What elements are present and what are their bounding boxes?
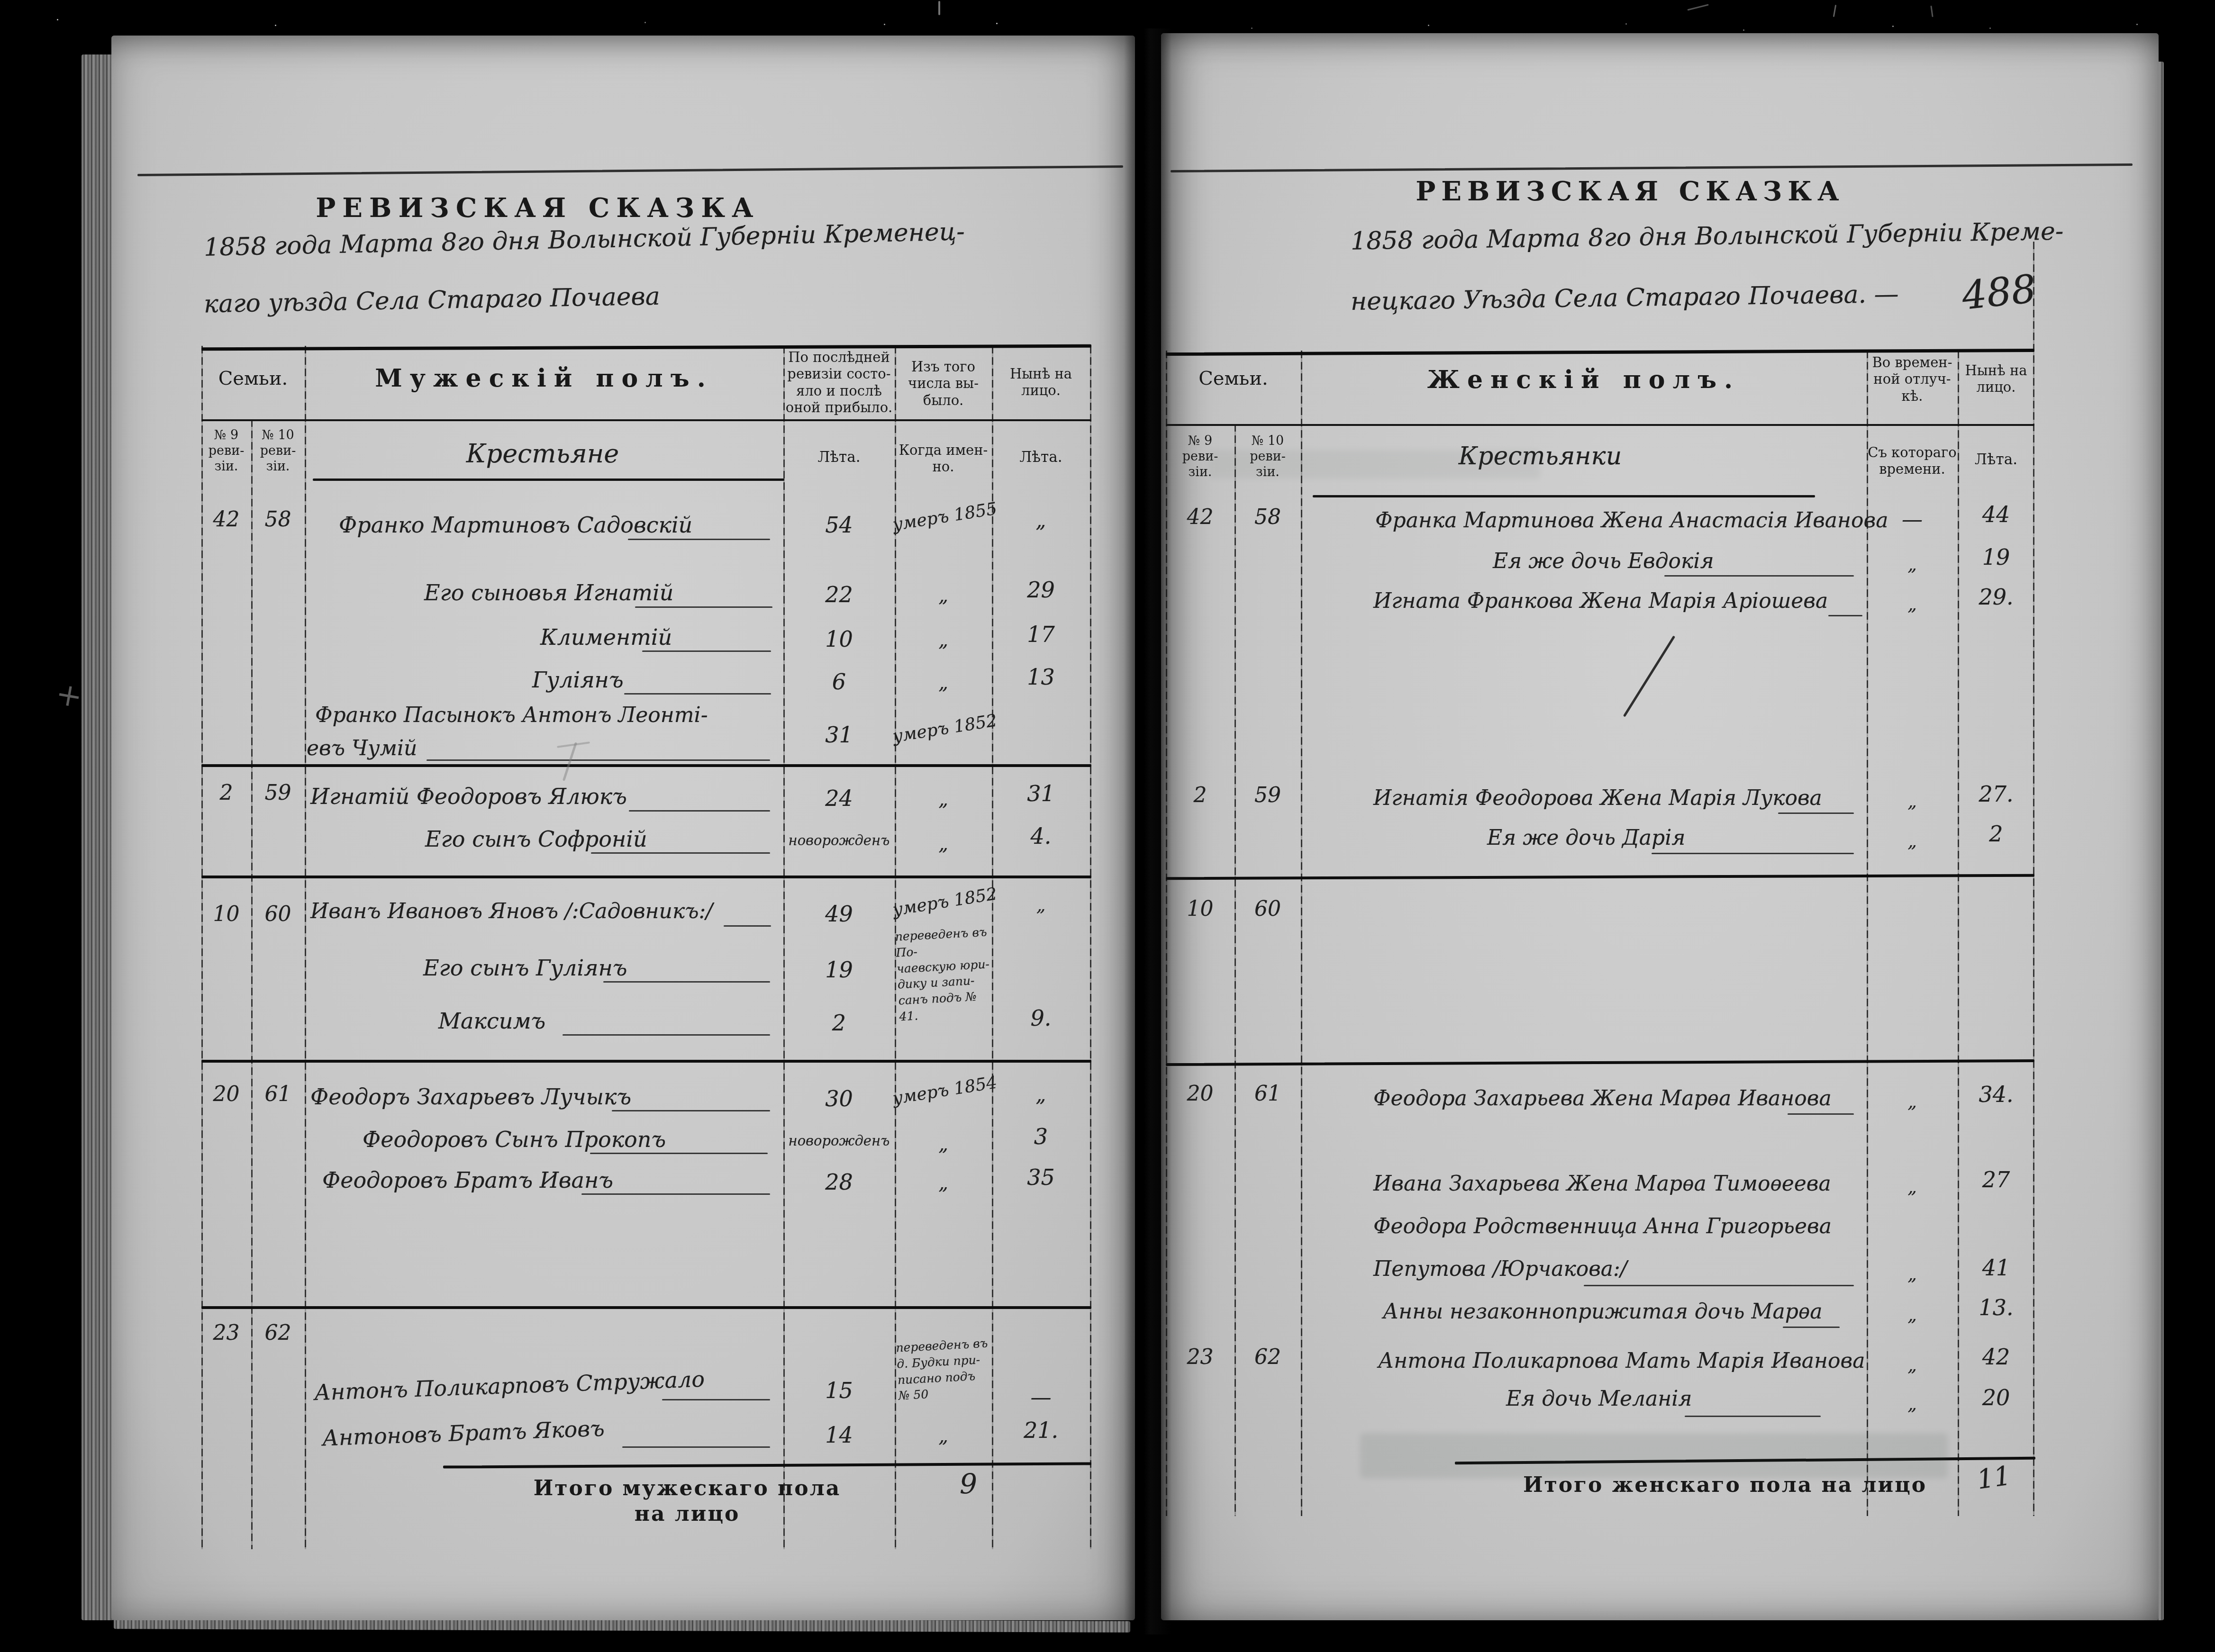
age-now: „	[992, 508, 1090, 533]
rule	[1171, 163, 2133, 172]
family-no-10th: 61	[1235, 1081, 1301, 1107]
age-now: „	[992, 894, 1090, 916]
age-now: 35	[992, 1164, 1090, 1191]
person-name: Франка Мартинова Жена Анастасія Иванова	[1375, 508, 1888, 533]
age-now: —	[992, 1385, 1090, 1410]
total-rule	[443, 1462, 1091, 1468]
age-now: 34.	[1958, 1081, 2034, 1108]
rule	[642, 650, 771, 652]
person-name: Феодоръ Захарьевъ Лучыкъ	[310, 1083, 631, 1110]
rule	[724, 925, 771, 927]
away-mark: „	[1867, 1091, 1958, 1112]
away-mark: „	[1867, 1354, 1958, 1376]
age-now: 27.	[1958, 781, 2034, 807]
person-name: Игнатія Феодорова Жена Марія Лукова	[1373, 785, 1822, 811]
person-name: Антона Поликарпова Мать Марія Иванова	[1378, 1348, 1865, 1374]
age-now: 19	[1958, 544, 2034, 570]
family-no-9th: 42	[201, 507, 251, 533]
ink-slash-mark	[1623, 635, 1675, 717]
family-no-10th: 61	[251, 1082, 305, 1107]
person-name: Его сынъ Софроній	[425, 826, 647, 852]
col-header-away: Во времен- ной отлуч- кѣ.	[1867, 354, 1958, 405]
age-now: 29	[992, 577, 1090, 603]
family-no-9th: 23	[201, 1320, 251, 1346]
col-header-years: Лѣта.	[1958, 451, 2034, 469]
col-header-family: Семьи.	[201, 367, 305, 390]
age-now: „	[992, 1083, 1090, 1107]
family-divider	[201, 876, 1091, 878]
age-previous: новорожденъ	[783, 1133, 895, 1149]
age-now: 2	[1958, 821, 2034, 847]
family-no-10th: 59	[1235, 783, 1301, 808]
age-now: 29.	[1958, 584, 2034, 610]
away-mark: „	[1867, 553, 1958, 575]
age-now: 13	[992, 664, 1090, 690]
dust-specks	[57, 19, 58, 20]
rule	[1685, 1416, 1821, 1417]
film-scratch	[1930, 6, 1933, 17]
person-name-continued: евъ Чумій	[307, 736, 417, 761]
rule	[2033, 242, 2034, 1516]
family-no-9th: 20	[201, 1082, 251, 1107]
ink-bleedthrough	[1360, 1433, 1948, 1478]
person-name: Ея же дочь Евдокія	[1493, 549, 1714, 574]
person-name: Феодора Родственница Анна Григорьева	[1373, 1214, 1832, 1239]
rule	[1828, 615, 1862, 616]
scanned-book-spread: РЕВИЗСКАЯ СКАЗКА 1858 года Марта 8го дня…	[0, 0, 2215, 1652]
rule	[624, 693, 771, 695]
col-header-when: Когда имен- но.	[895, 442, 992, 476]
person-name: Франко Мартиновъ Садовскій	[339, 512, 692, 538]
age-now: 21.	[992, 1417, 1090, 1444]
age-now: 27	[1958, 1166, 2034, 1193]
age-now: 9.	[992, 1005, 1090, 1031]
date-line: 1858 года Марта 8го дня Волынской Губерн…	[1351, 217, 2064, 257]
person-name: Игнатій Феодоровъ Ялюкъ	[310, 783, 627, 810]
person-name: Феодора Захарьева Жена Марѳа Иванова	[1373, 1086, 1832, 1111]
age-previous: 24	[783, 785, 895, 812]
page-title: РЕВИЗСКАЯ СКАЗКА	[1370, 175, 1891, 208]
rule	[662, 1399, 770, 1400]
departure-note: „	[895, 629, 992, 652]
departure-note: „	[895, 832, 992, 856]
rule	[1090, 346, 1091, 1549]
place-line: нецкаго Уѣзда Села Стараго Почаева. —	[1351, 280, 1899, 317]
departure-note: „	[895, 788, 992, 811]
rule	[1652, 853, 1854, 854]
departure-note: „	[895, 584, 992, 607]
transfer-note: переведенъ въ д. Будки при- писано подъ …	[896, 1335, 999, 1404]
rule	[251, 419, 253, 1549]
pencil-plus-mark: +	[53, 675, 85, 717]
rule	[1778, 812, 1854, 814]
family-no-10th: 58	[1235, 505, 1301, 530]
col-header-since: Съ котораго времени.	[1867, 444, 1958, 478]
family-no-10th: 60	[1235, 896, 1301, 922]
family-divider	[1166, 1059, 2034, 1066]
age-previous: 6	[783, 668, 895, 695]
transfer-note: переведенъ въ По- чаевскую юри- дику и з…	[895, 924, 1000, 1025]
away-mark: „	[1867, 1263, 1958, 1285]
person-name: Ея же дочь Дарія	[1487, 825, 1685, 851]
family-divider	[201, 764, 1091, 767]
age-previous: 19	[783, 957, 895, 983]
away-mark: „	[1867, 1176, 1958, 1198]
folio-page-number: 488	[1960, 265, 2038, 320]
family-no-9th: 23	[1166, 1345, 1235, 1370]
family-no-10th: 59	[251, 780, 305, 806]
person-name: Феодоровъ Сынъ Прокопъ	[363, 1126, 666, 1153]
age-now: 17	[992, 621, 1090, 648]
page-title: РЕВИЗСКАЯ СКАЗКА	[277, 192, 799, 224]
right-page: РЕВИЗСКАЯ СКАЗКА 1858 года Марта 8го дня…	[1161, 33, 2159, 1620]
person-name: Его сыновья Игнатій	[424, 579, 673, 606]
pencil-mark	[563, 742, 577, 781]
departure-note: „	[895, 1425, 992, 1448]
person-name: Ивана Захарьева Жена Марѳа Тимоѳеева	[1373, 1171, 1831, 1197]
person-name: Игната Франкова Жена Марія Аріошева	[1373, 588, 1828, 614]
film-scratch	[1687, 4, 1708, 10]
age-previous: 14	[783, 1422, 895, 1448]
departure-note: умеръ 1854	[891, 1073, 995, 1109]
rule	[581, 1193, 770, 1195]
person-name: Анны незаконноприжитая дочь Марѳа	[1383, 1299, 1823, 1325]
total-value: 9	[960, 1467, 977, 1501]
rule	[1584, 1285, 1854, 1286]
age-now: 42	[1958, 1344, 2034, 1370]
rule	[1788, 1113, 1854, 1115]
film-scratch	[1833, 5, 1836, 17]
person-name: Феодоровъ Братъ Иванъ	[322, 1167, 613, 1193]
age-previous: 30	[783, 1085, 895, 1112]
away-mark: „	[1867, 790, 1958, 812]
age-now: 41	[1958, 1255, 2034, 1281]
rule	[427, 759, 770, 761]
person-name: Франко Пасынокъ Антонъ Леонті-	[315, 703, 708, 728]
family-no-10th: 62	[1235, 1345, 1301, 1370]
rule	[1301, 351, 1302, 1516]
rule	[201, 344, 1091, 351]
rule	[1664, 575, 1854, 577]
person-name: Его сынъ Гуліянъ	[423, 955, 627, 981]
col-header-present: Нынѣ на лицо.	[992, 366, 1090, 399]
person-name: Иванъ Ивановъ Яновъ /:Садовникъ:/	[310, 899, 713, 924]
person-name: Максимъ	[438, 1008, 545, 1034]
age-now: 44	[1958, 501, 2034, 528]
age-now: 3	[992, 1123, 1090, 1150]
person-name: Гуліянъ	[532, 667, 624, 693]
left-page: РЕВИЗСКАЯ СКАЗКА 1858 года Марта 8го дня…	[111, 36, 1135, 1620]
family-no-9th: 10	[201, 902, 251, 927]
family-no-9th: 20	[1166, 1081, 1235, 1107]
away-mark: „	[1867, 1304, 1958, 1326]
col-header-years: Лѣта.	[992, 449, 1090, 467]
person-name-continued: Пепутова /Юрчакова:/	[1373, 1256, 1627, 1282]
family-divider	[1166, 874, 2034, 880]
col-header-9th-revision: № 9 реви- зіи.	[201, 428, 251, 475]
col-header-sex: Мужескій полъ.	[305, 363, 783, 393]
person-name: Антонъ Поликарповъ Стружало	[314, 1366, 705, 1406]
ink-bleedthrough	[1208, 450, 1540, 478]
rule	[622, 1446, 770, 1448]
rule	[590, 1153, 768, 1154]
rule	[1166, 424, 2034, 426]
family-no-10th: 58	[251, 507, 305, 533]
rule	[305, 346, 306, 1549]
rule	[629, 810, 770, 812]
rule	[137, 165, 1123, 176]
rule	[628, 539, 770, 540]
rule	[603, 981, 770, 983]
departure-note: „	[895, 1133, 992, 1156]
age-previous: 22	[783, 581, 895, 608]
age-now: 13.	[1958, 1294, 2034, 1321]
col-header-family: Семьи.	[1166, 367, 1301, 390]
age-now: 20	[1958, 1384, 2034, 1411]
departure-note: „	[895, 671, 992, 695]
rule	[635, 606, 772, 608]
departure-note: умеръ 1855	[891, 499, 995, 535]
family-no-9th: 10	[1166, 896, 1235, 922]
family-no-10th: 60	[251, 902, 305, 927]
age-previous: 54	[783, 512, 895, 538]
rule	[591, 852, 770, 854]
away-mark: „	[1867, 1393, 1958, 1415]
rule	[612, 1110, 770, 1111]
family-no-9th: 2	[201, 780, 251, 806]
book-binding-gutter	[1124, 28, 1171, 1634]
age-now: 31	[992, 780, 1090, 807]
away-mark: —	[1867, 507, 1958, 533]
family-no-10th: 62	[251, 1320, 305, 1346]
age-previous: 2	[783, 1010, 895, 1036]
family-no-9th: 2	[1166, 783, 1235, 808]
age-previous: 49	[783, 901, 895, 927]
rule	[313, 478, 784, 481]
away-mark: „	[1867, 830, 1958, 852]
page-stack-edge-left	[82, 54, 114, 1620]
age-now: 4.	[992, 823, 1090, 849]
age-previous: 10	[783, 626, 895, 652]
estate-label: Крестьяне	[396, 438, 690, 469]
col-header-present: Нынѣ на лицо.	[1958, 362, 2034, 396]
age-previous: 15	[783, 1377, 895, 1404]
rule	[1313, 495, 1815, 497]
col-header-years: Лѣта.	[783, 449, 895, 467]
total-value: 11	[1975, 1460, 2013, 1497]
col-header-departed: Изъ того числа вы- было.	[895, 359, 992, 409]
departure-note: „	[895, 1172, 992, 1195]
departure-note: умеръ 1852	[891, 884, 995, 921]
age-previous: новорожденъ	[783, 832, 895, 849]
col-header-sex: Женскій полъ.	[1301, 365, 1867, 395]
person-name: Антоновъ Братъ Яковъ	[322, 1415, 605, 1452]
rule	[563, 1034, 770, 1036]
person-name: Климентій	[540, 624, 672, 650]
away-mark: „	[1867, 593, 1958, 615]
age-previous: 28	[783, 1169, 895, 1195]
family-no-9th: 42	[1166, 505, 1235, 530]
col-header-prev-revision: По послѣдней ревизіи состо- яло и послѣ …	[783, 349, 895, 416]
rule	[1783, 1327, 1840, 1328]
rule	[201, 419, 1091, 421]
film-scratch	[938, 1, 940, 15]
col-header-10th-revision: № 10 реви- зіи.	[251, 428, 305, 475]
place-line: каго уѣзда Села Стараго Почаева	[204, 282, 661, 320]
total-label: Итого мужескаго пола на лицо	[517, 1476, 858, 1526]
family-divider	[201, 1060, 1091, 1063]
family-divider	[201, 1306, 1091, 1309]
age-previous: 31	[783, 722, 895, 748]
departure-note: умеръ 1852	[891, 711, 995, 747]
person-name: Ея дочь Меланія	[1506, 1386, 1692, 1412]
